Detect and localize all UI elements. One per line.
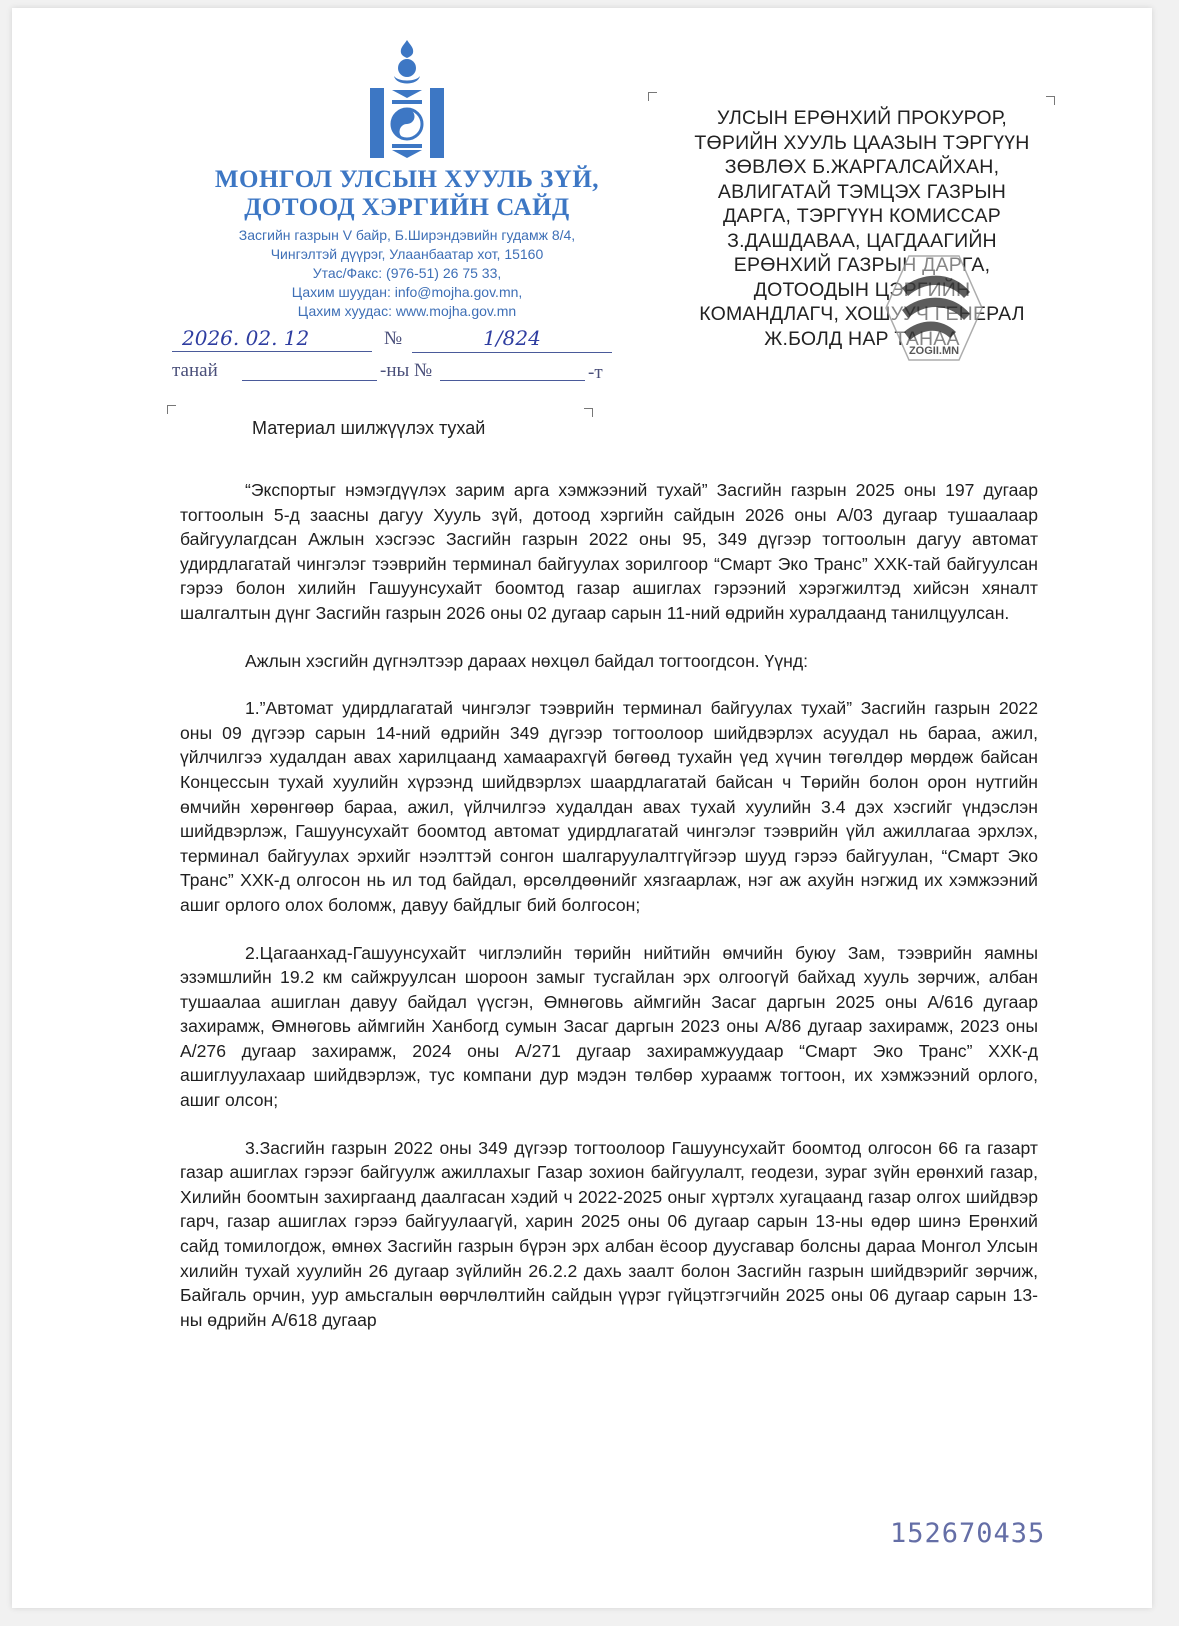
- body-paragraph: 2.Цагаанхад-Гашуунсухайт чиглэлийн төрий…: [180, 941, 1038, 1113]
- document-page: МОНГОЛ УЛСЫН ХУУЛЬ ЗҮЙ, ДОТООД ХЭРГИЙН С…: [12, 8, 1152, 1608]
- stamp-number: 152670435: [890, 1518, 1045, 1549]
- addressee-line: ЗӨВЛӨХ Б.ЖАРГАЛСАЙХАН,: [662, 155, 1062, 180]
- website: Цахим хуудас: www.mojha.gov.mn: [182, 302, 632, 321]
- subject-line: Материал шилжүүлэх тухай: [252, 418, 485, 439]
- addressee-line: Ж.БОЛД НАР ТАНАА: [662, 327, 1062, 352]
- addressee-line: УЛСЫН ЕРӨНХИЙ ПРОКУРОР,: [662, 106, 1062, 131]
- address-line1: Засгийн газрын V байр, Б.Ширэндэвийн гуд…: [182, 226, 632, 245]
- reference-number-label: -ны №: [380, 360, 432, 382]
- addressee-line: ЕРӨНХИЙ ГАЗРЫН ДАРГА,: [662, 253, 1062, 278]
- corner-mark: [1046, 96, 1055, 105]
- ministry-name: МОНГОЛ УЛСЫН ХУУЛЬ ЗҮЙ, ДОТООД ХЭРГИЙН С…: [172, 166, 642, 222]
- letter-body: “Экспортыг нэмэгдүүлэх зарим арга хэмжээ…: [180, 478, 1038, 1355]
- reference-suffix: -т: [588, 362, 603, 384]
- email: Цахим шуудан: info@mojha.gov.mn,: [182, 283, 632, 302]
- addressee-line: КОМАНДЛАГЧ, ХОШУУЧ ГЕНЕРАЛ: [662, 302, 1062, 327]
- addressee-line: ТӨРИЙН ХУУЛЬ ЦААЗЫН ТЭРГҮҮН: [662, 131, 1062, 156]
- addressee-line: АВЛИГАТАЙ ТЭМЦЭХ ГАЗРЫН: [662, 180, 1062, 205]
- number-label: №: [384, 328, 402, 350]
- reference-label: танай: [172, 360, 218, 382]
- reference-row: танай -ны № -т: [172, 360, 612, 388]
- phone-fax: Утас/Факс: (976-51) 26 75 33,: [182, 264, 632, 283]
- ministry-name-line1: МОНГОЛ УЛСЫН ХУУЛЬ ЗҮЙ,: [172, 166, 642, 194]
- reference-number-blank: [440, 380, 585, 381]
- addressee-block: УЛСЫН ЕРӨНХИЙ ПРОКУРОР, ТӨРИЙН ХУУЛЬ ЦАА…: [662, 106, 1062, 351]
- body-paragraph: 3.Засгийн газрын 2022 оны 349 дүгээр тог…: [180, 1136, 1038, 1333]
- corner-mark: [648, 92, 657, 101]
- registration-row: 2026. 02. 12 № 1/824: [172, 326, 612, 356]
- ministry-name-line2: ДОТООД ХЭРГИЙН САЙД: [172, 194, 642, 222]
- body-paragraph: 1.”Автомат удирдлагатай чингэлэг тээврий…: [180, 696, 1038, 917]
- body-paragraph: Ажлын хэсгийн дүгнэлтээр дараах нөхцөл б…: [180, 649, 1038, 674]
- registration-date: 2026. 02. 12: [172, 326, 372, 352]
- svg-text:ZOGII.MN: ZOGII.MN: [909, 345, 959, 357]
- addressee-line: З.ДАШДАВАА, ЦАГДААГИЙН: [662, 229, 1062, 254]
- registration-number: 1/824: [412, 326, 612, 353]
- address-line2: Чингэлтэй дүүрэг, Улаанбаатар хот, 15160: [182, 245, 632, 264]
- body-paragraph: “Экспортыг нэмэгдүүлэх зарим арга хэмжээ…: [180, 478, 1038, 626]
- reference-date-blank: [242, 380, 377, 381]
- contact-info: Засгийн газрын V байр, Б.Ширэндэвийн гуд…: [182, 226, 632, 321]
- zogii-logo-icon: ZOGII.MN: [884, 248, 984, 368]
- soyombo-emblem-icon: [362, 38, 452, 168]
- addressee-line: ДОТООДЫН ЦЭРГИЙН: [662, 278, 1062, 303]
- corner-mark: [584, 408, 593, 417]
- addressee-line: ДАРГА, ТЭРГҮҮН КОМИССАР: [662, 204, 1062, 229]
- corner-mark: [167, 405, 176, 414]
